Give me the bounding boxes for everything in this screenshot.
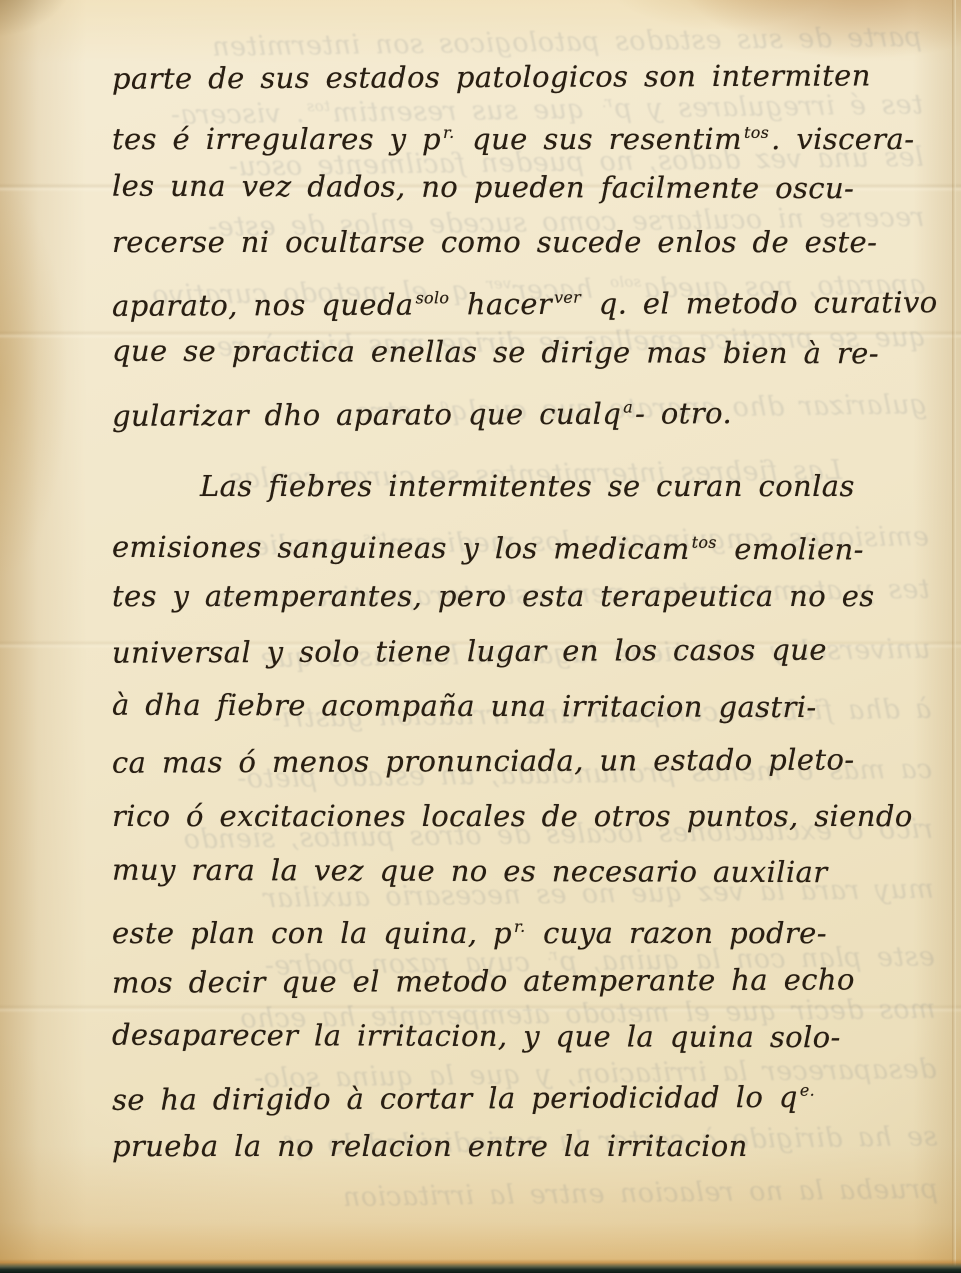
- line-text: desaparecer la irritacion, y que la quin…: [112, 1018, 841, 1055]
- manuscript-text: parte de sus estados patologicos son int…: [112, 50, 882, 1174]
- manuscript-line: recerse ni ocultarse como sucede enlos d…: [112, 215, 882, 270]
- line-text: hacer: [451, 287, 552, 321]
- page-bottom-edge: [0, 1259, 961, 1273]
- manuscript-line: se ha dirigido à cortar la periodicidad …: [112, 1062, 882, 1120]
- paper-right-edge: [952, 0, 956, 1273]
- line-text: gularizar dho aparato que cualq: [112, 397, 621, 433]
- line-text: tes y atemperantes, pero esta terapeutic…: [112, 579, 875, 613]
- line-text: parte de sus estados patologicos son int…: [112, 58, 871, 95]
- line-text: muy rara la vez que no es necesario auxi…: [112, 853, 828, 889]
- manuscript-line: ca mas ó menos pronunciada, un estado pl…: [112, 732, 882, 790]
- manuscript-line: les una vez dados, no pueden facilmente …: [112, 159, 882, 217]
- line-text: emolien-: [719, 532, 864, 567]
- line-text: mos decir que el metodo atemperante ha e…: [112, 962, 855, 999]
- line-text: que sus resentim: [457, 122, 742, 156]
- line-text: rico ó excitaciones locales de otros pun…: [112, 799, 913, 833]
- line-text: prueba la no relacion entre la irritacio…: [112, 1129, 748, 1163]
- line-text: . viscera-: [771, 122, 914, 156]
- superscript-abbreviation: ver: [552, 288, 583, 307]
- manuscript-line: desaparecer la irritacion, y que la quin…: [112, 1008, 882, 1066]
- manuscript-line: este plan con la quina, pr. cuya razon p…: [112, 899, 882, 954]
- line-text: aparato, nos queda: [112, 288, 414, 323]
- line-text: se ha dirigido à cortar la periodicidad …: [112, 1080, 798, 1117]
- manuscript-line: mos decir que el metodo atemperante ha e…: [112, 952, 882, 1010]
- manuscript-line: gularizar dho aparato que cualqa- otro.: [112, 378, 882, 436]
- line-text: que se practica enellas se dirige mas bi…: [112, 334, 879, 371]
- line-text: Las fiebres intermitentes se curan conla…: [200, 469, 855, 503]
- manuscript-line: tes y atemperantes, pero esta terapeutic…: [112, 569, 882, 624]
- line-text: ca mas ó menos pronunciada, un estado pl…: [112, 742, 855, 779]
- line-text: cuya razon podre-: [528, 916, 827, 950]
- line-text: les una vez dados, no pueden facilmente …: [112, 169, 854, 206]
- manuscript-line: rico ó excitaciones locales de otros pun…: [112, 789, 882, 844]
- line-text: à dha fiebre acompaña una irritacion gas…: [112, 688, 817, 724]
- line-text: - otro.: [635, 396, 732, 430]
- manuscript-line: emisiones sanguineas y los medicamtos em…: [112, 513, 882, 571]
- manuscript-line: à dha fiebre acompaña una irritacion gas…: [112, 678, 882, 736]
- manuscript-line: que se practica enellas se dirige mas bi…: [112, 324, 882, 382]
- manuscript-line: universal y solo tiene lugar en los caso…: [112, 622, 882, 680]
- line-text: emisiones sanguineas y los medicam: [112, 530, 690, 566]
- line-text: universal y solo tiene lugar en los caso…: [112, 633, 827, 670]
- superscript-abbreviation: tos: [690, 533, 719, 552]
- superscript-abbreviation: solo: [414, 288, 452, 307]
- line-text: recerse ni ocultarse como sucede enlos d…: [112, 225, 877, 259]
- manuscript-line: tes é irregulares y pr. que sus resentim…: [112, 105, 882, 160]
- superscript-abbreviation: a: [621, 397, 635, 416]
- line-text: este plan con la quina, p: [112, 916, 512, 950]
- superscript-abbreviation: r.: [441, 123, 457, 142]
- manuscript-line: parte de sus estados patologicos son int…: [112, 48, 882, 106]
- superscript-abbreviation: e.: [798, 1081, 817, 1100]
- manuscript-line: muy rara la vez que no es necesario auxi…: [112, 843, 882, 901]
- manuscript-line: Las fiebres intermitentes se curan conla…: [112, 459, 882, 514]
- line-text: q. el metodo curativo: [583, 285, 938, 321]
- manuscript-line: aparato, nos quedasolo hacerver q. el me…: [112, 268, 882, 326]
- manuscript-photo: parte de sus estados patologicos son int…: [0, 0, 961, 1273]
- superscript-abbreviation: tos: [742, 123, 771, 142]
- superscript-abbreviation: r.: [512, 917, 528, 936]
- manuscript-line: prueba la no relacion entre la irritacio…: [112, 1119, 882, 1174]
- line-text: tes é irregulares y p: [112, 122, 441, 156]
